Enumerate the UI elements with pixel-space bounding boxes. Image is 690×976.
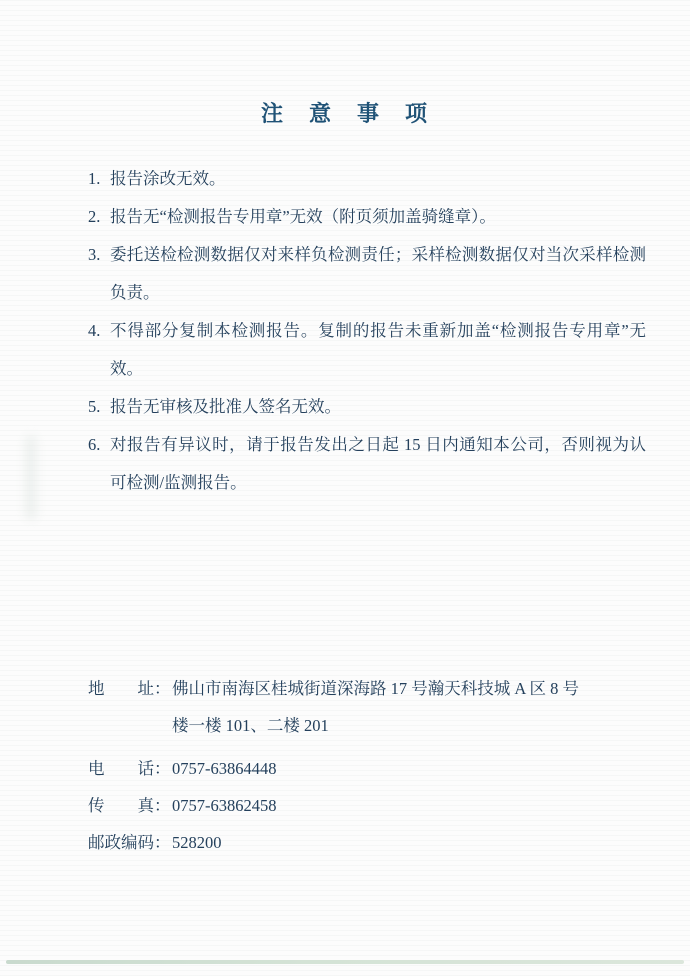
note-number: 4. — [88, 312, 110, 350]
contact-row-postal: 邮政编码： 528200 — [88, 824, 648, 861]
address-line-2: 楼一楼 101、二楼 201 — [172, 707, 648, 744]
address-value: 佛山市南海区桂城街道深海路 17 号瀚天科技城 A 区 8 号 楼一楼 101、… — [172, 670, 648, 744]
postal-code-value: 528200 — [172, 824, 648, 861]
list-item: 4. 不得部分复制本检测报告。复制的报告未重新加盖“检测报告专用章”无效。 — [88, 312, 646, 388]
note-text: 报告无审核及批准人签名无效。 — [110, 388, 646, 426]
note-text: 委托送检检测数据仅对来样负检测责任；采样检测数据仅对当次采样检测负责。 — [110, 236, 646, 312]
list-item: 6. 对报告有异议时，请于报告发出之日起 15 日内通知本公司，否则视为认可检测… — [88, 426, 646, 502]
postal-code-label: 邮政编码： — [88, 824, 172, 861]
note-number: 6. — [88, 426, 110, 464]
fax-label: 传 真： — [88, 787, 172, 824]
note-text: 报告涂改无效。 — [110, 160, 646, 198]
note-number: 5. — [88, 388, 110, 426]
phone-label: 电 话： — [88, 750, 172, 787]
list-item: 2. 报告无“检测报告专用章”无效（附页须加盖骑缝章）。 — [88, 198, 646, 236]
note-text: 报告无“检测报告专用章”无效（附页须加盖骑缝章）。 — [110, 198, 646, 236]
notes-list: 1. 报告涂改无效。 2. 报告无“检测报告专用章”无效（附页须加盖骑缝章）。 … — [88, 160, 646, 502]
note-number: 3. — [88, 236, 110, 274]
address-label: 地 址： — [88, 670, 172, 744]
note-number: 2. — [88, 198, 110, 236]
list-item: 1. 报告涂改无效。 — [88, 160, 646, 198]
note-text: 对报告有异议时，请于报告发出之日起 15 日内通知本公司，否则视为认可检测/监测… — [110, 426, 646, 502]
page-title: 注 意 事 项 — [0, 97, 690, 128]
contact-block: 地 址： 佛山市南海区桂城街道深海路 17 号瀚天科技城 A 区 8 号 楼一楼… — [88, 670, 648, 861]
phone-value: 0757-63864448 — [172, 750, 648, 787]
contact-row-address: 地 址： 佛山市南海区桂城街道深海路 17 号瀚天科技城 A 区 8 号 楼一楼… — [88, 670, 648, 744]
note-text: 不得部分复制本检测报告。复制的报告未重新加盖“检测报告专用章”无效。 — [110, 312, 646, 388]
contact-row-phone: 电 话： 0757-63864448 — [88, 750, 648, 787]
fax-value: 0757-63862458 — [172, 787, 648, 824]
scan-edge-line — [6, 960, 684, 964]
list-item: 3. 委托送检检测数据仅对来样负检测责任；采样检测数据仅对当次采样检测负责。 — [88, 236, 646, 312]
notice-page: 注 意 事 项 1. 报告涂改无效。 2. 报告无“检测报告专用章”无效（附页须… — [0, 0, 690, 976]
address-line-1: 佛山市南海区桂城街道深海路 17 号瀚天科技城 A 区 8 号 — [172, 670, 648, 707]
scan-smudge-artifact — [25, 435, 37, 520]
note-number: 1. — [88, 160, 110, 198]
contact-row-fax: 传 真： 0757-63862458 — [88, 787, 648, 824]
list-item: 5. 报告无审核及批准人签名无效。 — [88, 388, 646, 426]
